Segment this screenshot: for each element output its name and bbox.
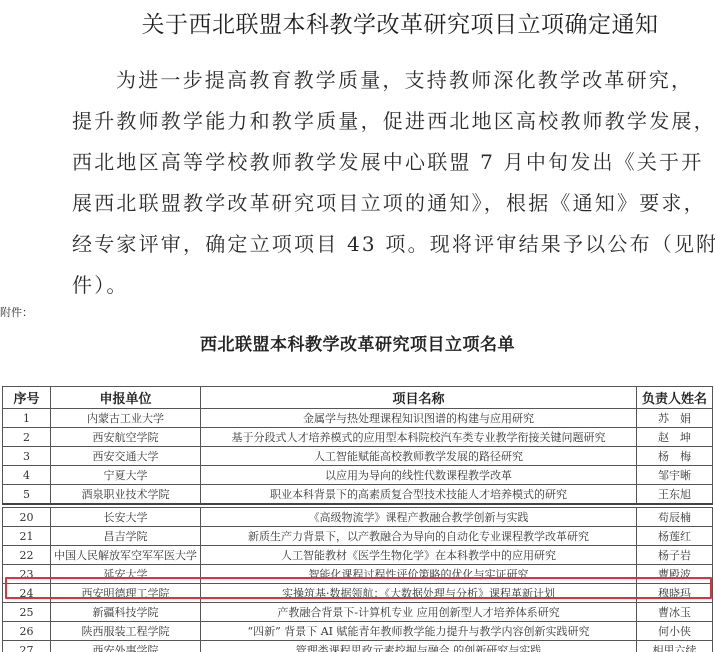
cell-leader: 曹殿波 [637,565,713,584]
table-header-row: 序号 申报单位 项目名称 负责人姓名 [3,387,713,409]
table-row: 20 长安大学 《高级物流学》课程产教融合教学创新与实践 苟辰楠 [3,508,713,527]
cell-project: 管理类课程思政元素挖掘与融合 的创新研究与实践 [201,641,637,652]
paragraph-line: 西北地区高等学校教师教学发展中心联盟 7 月中旬发出《关于开 [72,142,672,183]
header-no: 序号 [3,387,51,409]
cell-unit: 西安明德理工学院 [51,584,201,603]
table-row: 27 西安外事学院 管理类课程思政元素挖掘与融合 的创新研究与实践 相里六续 [3,641,713,652]
cell-unit: 昌吉学院 [51,527,201,546]
table-row: 21 昌吉学院 新质生产力背景下，以产教融合为导向的自动化专业课程教学改革研究 … [3,527,713,546]
cell-project: 人工智能教材《医学生物化学》在本科教学中的应用研究 [201,546,637,565]
cell-leader: 何小侠 [637,622,713,641]
cell-leader: 苏 娟 [637,409,713,428]
cell-no: 26 [3,622,51,641]
header-leader: 负责人姓名 [637,387,713,409]
cell-unit: 长安大学 [51,508,201,527]
cell-project: “四新” 背景下 AI 赋能青年教师教学能力提升与教学内容创新实践研究 [201,622,637,641]
cell-leader: 苟辰楠 [637,508,713,527]
cell-no: 25 [3,603,51,622]
cell-no: 2 [3,428,51,447]
table-row: 4 宁夏大学 以应用为导向的线性代数课程教学改革 邹宇晰 [3,466,713,485]
cell-project: 产教融合背景下-计算机专业 应用创新型人才培养体系研究 [201,603,637,622]
table-row-highlighted: 24 西安明德理工学院 实操筑基·数据领航：《大数据处理与分析》课程革新计划 穆… [3,584,713,603]
table-row: 1 内蒙古工业大学 金属学与热处理课程知识图谱的构建与应用研究 苏 娟 [3,409,713,428]
cell-no: 24 [3,584,51,603]
cell-no: 4 [3,466,51,485]
paragraph-line: 为进一步提高教育教学质量，支持教师深化教学改革研究， [72,60,672,101]
cell-leader: 杨 梅 [637,447,713,466]
paragraph-line: 提升教师教学能力和教学质量，促进西北地区高校教师教学发展， [72,101,672,142]
cell-unit: 新疆科技学院 [51,603,201,622]
cell-project: 以应用为导向的线性代数课程教学改革 [201,466,637,485]
table-row: 3 西安交通大学 人工智能赋能高校教师教学发展的路径研究 杨 梅 [3,447,713,466]
cell-unit: 西安航空学院 [51,428,201,447]
cell-unit: 西安外事学院 [51,641,201,652]
table-row: 23 延安大学 智能化课程过程性评价策略的优化与实证研究 曹殿波 [3,565,713,584]
cell-unit: 延安大学 [51,565,201,584]
cell-leader: 邹宇晰 [637,466,713,485]
paragraph-line: 经专家评审，确定立项项目 43 项。现将评审结果予以公布（见附 [72,224,672,265]
table-row: 2 西安航空学院 基于分段式人才培养模式的应用型本科院校汽车类专业教学衔接关键问… [3,428,713,447]
paragraph-line: 件）。 [72,265,672,306]
cell-project: 职业本科背景下的高素质复合型技术技能人才培养模式的研究 [201,485,637,505]
cell-unit: 内蒙古工业大学 [51,409,201,428]
cell-leader: 曹冰玉 [637,603,713,622]
paragraph-line: 展西北联盟教学改革研究项目立项的通知》，根据《通知》要求， [72,183,672,224]
cell-project: 《高级物流学》课程产教融合教学创新与实践 [201,508,637,527]
cell-project: 金属学与热处理课程知识图谱的构建与应用研究 [201,409,637,428]
table-row: 26 陕西服装工程学院 “四新” 背景下 AI 赋能青年教师教学能力提升与教学内… [3,622,713,641]
cell-leader: 相里六续 [637,641,713,652]
cell-leader: 王东旭 [637,485,713,505]
table-row: 5 酒泉职业技术学院 职业本科背景下的高素质复合型技术技能人才培养模式的研究 王… [3,485,713,505]
cell-leader: 赵 坤 [637,428,713,447]
project-list-table: 序号 申报单位 项目名称 负责人姓名 1 内蒙古工业大学 金属学与热处理课程知识… [2,386,713,652]
header-project: 项目名称 [201,387,637,409]
cell-no: 5 [3,485,51,505]
cell-no: 20 [3,508,51,527]
cell-project: 实操筑基·数据领航：《大数据处理与分析》课程革新计划 [201,584,637,603]
cell-unit: 西安交通大学 [51,447,201,466]
cell-unit: 宁夏大学 [51,466,201,485]
cell-leader: 杨子岩 [637,546,713,565]
cell-leader: 杨莲红 [637,527,713,546]
cell-no: 3 [3,447,51,466]
cell-unit: 酒泉职业技术学院 [51,485,201,505]
list-title: 西北联盟本科教学改革研究项目立项名单 [0,330,715,355]
header-unit: 申报单位 [51,387,201,409]
cell-project: 智能化课程过程性评价策略的优化与实证研究 [201,565,637,584]
cell-project: 新质生产力背景下，以产教融合为导向的自动化专业课程教学改革研究 [201,527,637,546]
attachment-label: 附件： [0,304,33,320]
cell-unit: 中国人民解放军空军军医大学 [51,546,201,565]
table-row: 25 新疆科技学院 产教融合背景下-计算机专业 应用创新型人才培养体系研究 曹冰… [3,603,713,622]
cell-no: 1 [3,409,51,428]
cell-no: 27 [3,641,51,652]
cell-no: 23 [3,565,51,584]
cell-project: 基于分段式人才培养模式的应用型本科院校汽车类专业教学衔接关键问题研究 [201,428,637,447]
cell-leader: 穆晓玛 [637,584,713,603]
cell-unit: 陕西服装工程学院 [51,622,201,641]
notice-paragraph: 为进一步提高教育教学质量，支持教师深化教学改革研究， 提升教师教学能力和教学质量… [72,60,672,306]
table-row: 22 中国人民解放军空军军医大学 人工智能教材《医学生物化学》在本科教学中的应用… [3,546,713,565]
cell-no: 22 [3,546,51,565]
cell-no: 21 [3,527,51,546]
document-title: 关于西北联盟本科教学改革研究项目立项确定通知 [0,6,715,39]
cell-project: 人工智能赋能高校教师教学发展的路径研究 [201,447,637,466]
